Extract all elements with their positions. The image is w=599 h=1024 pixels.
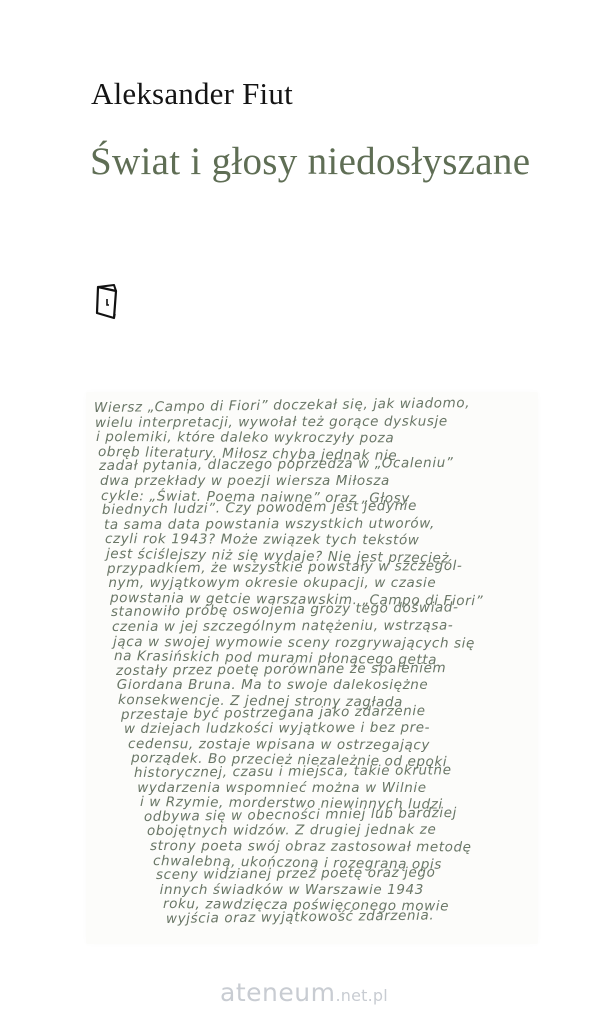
manuscript-line: przypadkiem, że wszystkie powstały w szc…	[107, 557, 463, 576]
manuscript-text: Wiersz „Campo di Fiori” doczekał się, ja…	[86, 392, 538, 944]
manuscript-line: zostały przez poetę porównane ze spaleni…	[116, 660, 446, 679]
manuscript-line: obojętnych widzów. Z drugiej jednak ze	[147, 822, 436, 839]
manuscript-line: sceny widzianej przez poetę oraz jego	[156, 865, 436, 883]
watermark-brand: ateneum	[220, 978, 335, 1007]
book-cover: Aleksander Fiut Świat i głosy niedosłysz…	[0, 0, 599, 1024]
manuscript-line: w dziejach ludzkości wyjątkowe i bez pre…	[124, 720, 430, 737]
manuscript-line: czenia w jej szczególnym natężeniu, wstr…	[112, 618, 453, 635]
handwritten-manuscript: Wiersz „Campo di Fiori” doczekał się, ja…	[86, 392, 538, 944]
manuscript-line: Giordana Bruna. Ma to swoje dalekosiężne	[117, 677, 429, 693]
book-title: Świat i głosy niedosłyszane	[90, 142, 530, 181]
manuscript-line: wyjścia oraz wyjątkowość zdarzenia.	[166, 907, 434, 927]
manuscript-line: wydarzenia wspomnieć można w Wilnie	[137, 780, 426, 796]
manuscript-line: ta sama data powstania wszystkich utworó…	[104, 515, 435, 532]
open-door-icon	[92, 283, 122, 323]
watermark: ateneum.net.pl	[220, 980, 388, 1005]
manuscript-line: wielu interpretacji, wywołał też gorące …	[95, 413, 448, 431]
manuscript-line: zadał pytania, dlaczego poprzedza w „Oca…	[99, 455, 454, 474]
manuscript-line: historycznej, czasu i miejsca, takie okr…	[134, 762, 452, 781]
manuscript-line: nym, wyjątkowym okresie okupacji, w czas…	[108, 575, 436, 591]
manuscript-line: dwa przekłady w poezji wiersza Miłosza	[100, 473, 390, 489]
watermark-domain: .net.pl	[335, 986, 387, 1005]
book-author: Aleksander Fiut	[91, 78, 293, 109]
